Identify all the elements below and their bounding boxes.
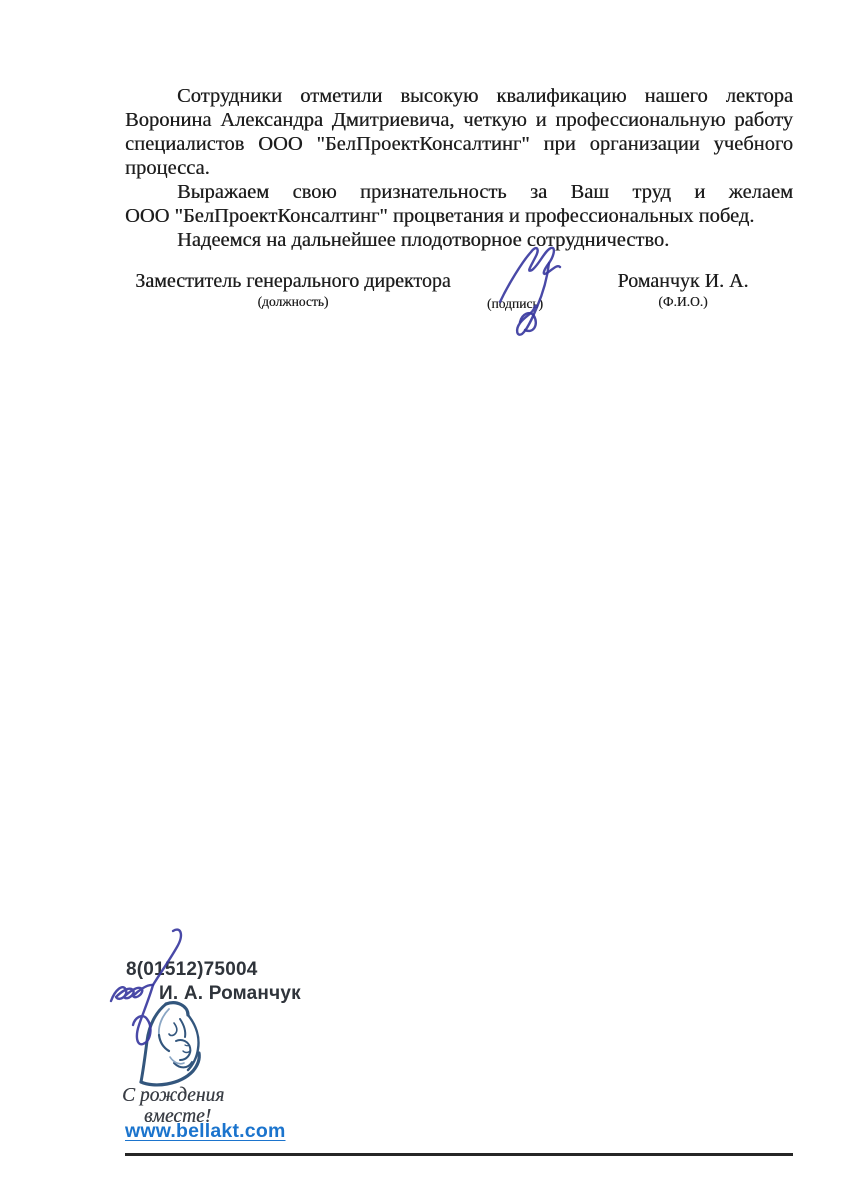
body-line: специалистов ООО "БелПроектКонсалтинг" п… xyxy=(125,132,793,156)
body-line: Сотрудники отметили высокую квалификацию… xyxy=(125,84,793,108)
body-line: Воронина Александра Дмитриевича, четкую … xyxy=(125,108,793,132)
signer-name: Романчук И. А. xyxy=(592,270,774,292)
signer-position-block: Заместитель генерального директора (долж… xyxy=(130,270,456,309)
body-line: Выражаем свою признательность за Ваш тру… xyxy=(125,180,793,204)
signer-name-block: Романчук И. А. (Ф.И.О.) xyxy=(592,270,774,309)
handwritten-signature-icon xyxy=(488,240,572,338)
body-line: процесса. xyxy=(125,156,793,180)
body-line: ООО "БелПроектКонсалтинг" процветания и … xyxy=(125,204,793,228)
body-line: Надеемся на дальнейшее плодотворное сотр… xyxy=(125,228,793,252)
name-caption: (Ф.И.О.) xyxy=(592,294,774,309)
website-link: www.bellakt.com xyxy=(125,1120,286,1143)
signer-position: Заместитель генерального директора xyxy=(130,270,456,292)
slogan-line1: С рождения xyxy=(122,1085,224,1106)
footer-divider-line xyxy=(125,1153,793,1156)
handwritten-signature-bottom-icon xyxy=(106,926,216,1052)
letter-body: Сотрудники отметили высокую квалификацию… xyxy=(125,84,793,252)
scanned-letter-page: Сотрудники отметили высокую квалификацию… xyxy=(0,0,849,1200)
position-caption: (должность) xyxy=(130,294,456,309)
